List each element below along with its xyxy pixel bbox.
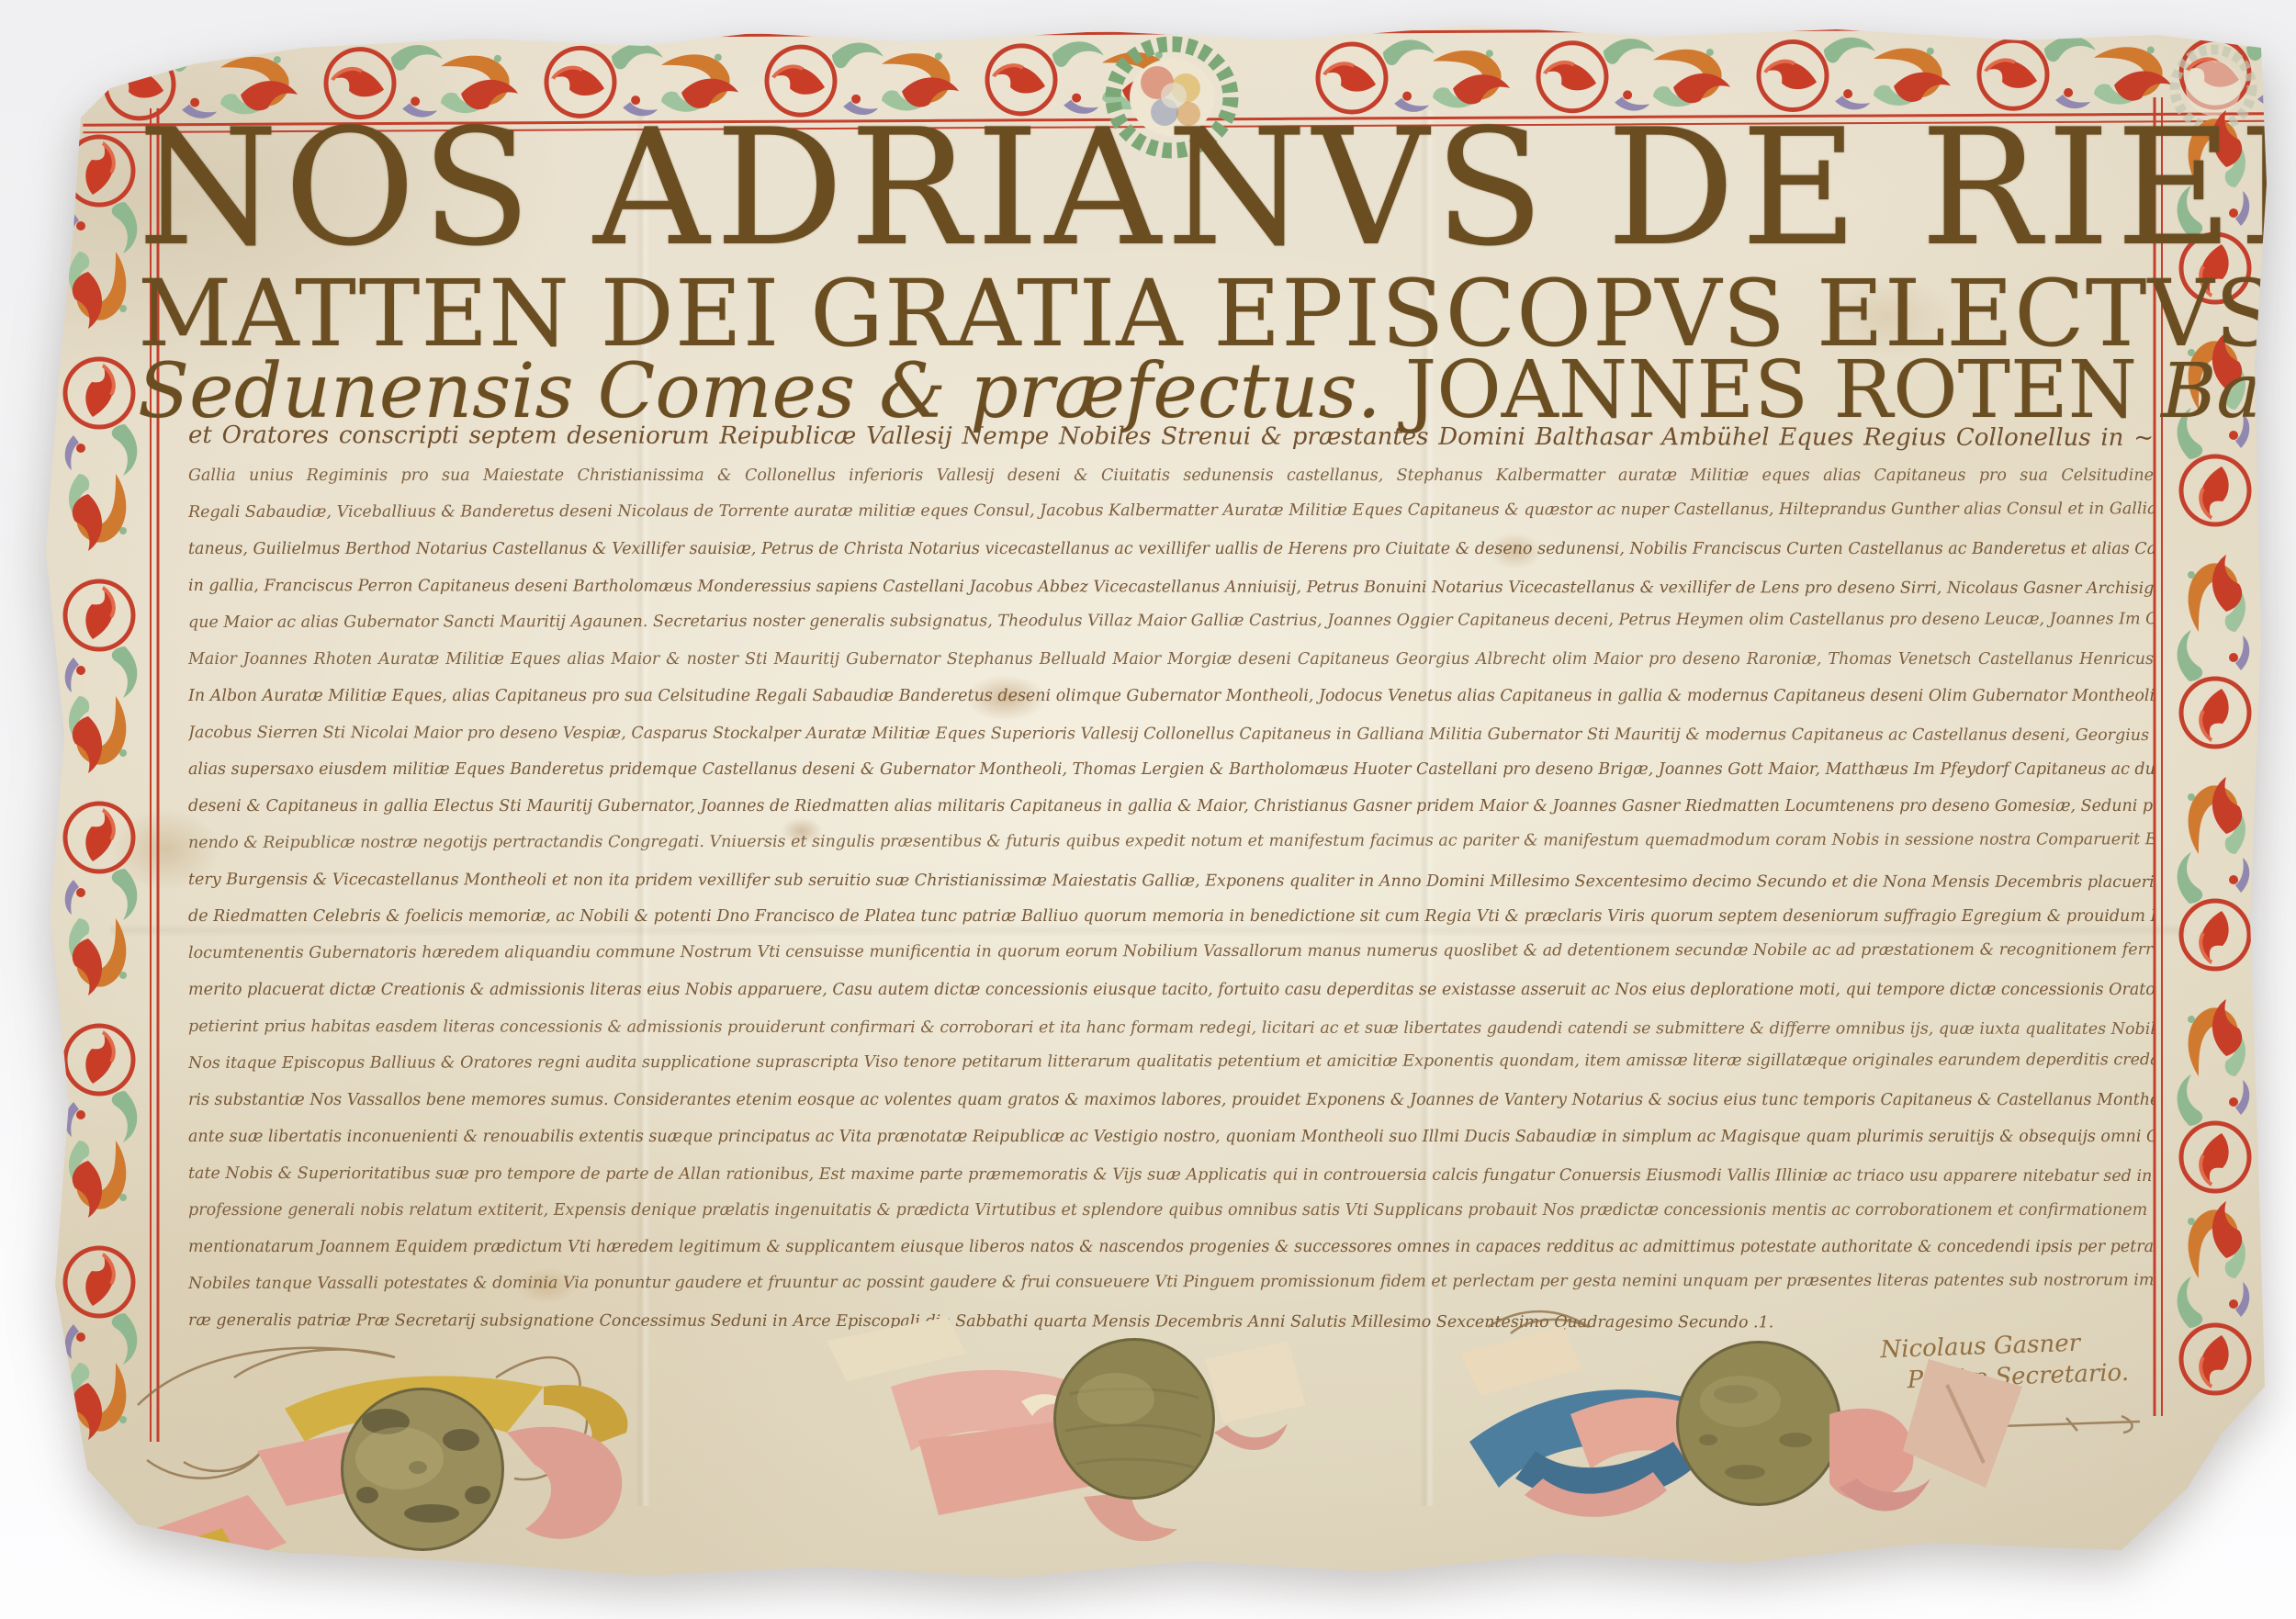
body-line: tate Nobis & Superioritatibus suæ pro te… — [188, 1155, 2154, 1195]
seal-highlight — [1077, 1373, 1154, 1424]
pink-curl — [1084, 1492, 1177, 1541]
body-line: alias supersaxo eiusdem militiæ Eques Ba… — [188, 751, 2154, 788]
right-seal — [1433, 1302, 2076, 1605]
parchment-sheet: NOS ADRIANVS DE RIED MATTEN DEI GRATIA E… — [0, 0, 2296, 1619]
body-line: que Maior ac alias Gubernator Sancti Mau… — [188, 601, 2154, 641]
body-text-block: et Oratores conscripti septem deseniorum… — [188, 415, 2154, 1339]
cream-ribbon — [1460, 1326, 1581, 1396]
photograph-background: { "document": { "kind_label": "Illuminat… — [0, 0, 2296, 1619]
body-line: ante suæ libertatis inconuenienti & reno… — [188, 1119, 2154, 1155]
body-line: de Riedmatten Celebris & foelicis memori… — [188, 898, 2154, 935]
body-line: Gallia unius Regiminis pro sua Maiestate… — [188, 457, 2154, 494]
body-line: Regali Sabaudiæ, Viceballiuus & Banderet… — [188, 490, 2154, 531]
body-line: Maior Joannes Rhoten Auratæ Militiæ Eque… — [188, 641, 2154, 678]
seal-highlight — [1700, 1376, 1781, 1427]
charter-title-line1: NOS ADRIANVS DE RIED — [138, 108, 2186, 269]
seal-highlight — [355, 1427, 444, 1490]
cream-ribbon — [1205, 1341, 1306, 1423]
tan-ribbon — [1903, 1359, 2022, 1488]
body-line: ris substantiæ Nos Vassallos bene memore… — [188, 1082, 2154, 1119]
body-line: professione generali nobis relatum extit… — [188, 1192, 2154, 1229]
title-line3-italic2: Balliuus — [2137, 348, 2296, 435]
body-line: tery Burgensis & Vicecastellanus Montheo… — [188, 861, 2154, 901]
body-line: locumtenentis Gubernatoris hæredem aliqu… — [188, 931, 2154, 972]
middle-seal — [808, 1302, 1322, 1605]
body-line: taneus, Guilielmus Berthod Notarius Cast… — [188, 531, 2154, 568]
yellow-ribbon — [129, 1528, 241, 1598]
body-line: Jacobus Sierren Sti Nicolai Maior pro de… — [188, 714, 2154, 754]
left-seal — [110, 1321, 680, 1616]
pink-curl — [1214, 1423, 1288, 1450]
body-line: merito placuerat dictæ Creationis & admi… — [188, 972, 2154, 1008]
cream-ribbon — [827, 1317, 966, 1381]
body-line: deseni & Capitaneus in gallia Electus St… — [188, 788, 2154, 825]
body-line: et Oratores conscripti septem deseniorum… — [188, 415, 2154, 460]
body-line: Nobiles tanque Vassalli potestates & dom… — [188, 1262, 2154, 1302]
body-line: Nos itaque Episcopus Balliuus & Oratores… — [188, 1041, 2154, 1082]
body-line: nendo & Reipublicæ nostræ negotijs pertr… — [188, 821, 2154, 861]
pink-ribbon-knot — [507, 1427, 622, 1539]
body-line: mentionatarum Joannem Equidem prædictum … — [188, 1229, 2154, 1265]
parchment-surface: NOS ADRIANVS DE RIED MATTEN DEI GRATIA E… — [0, 0, 2296, 1619]
body-line: In Albon Auratæ Militiæ Eques, alias Cap… — [188, 678, 2154, 714]
